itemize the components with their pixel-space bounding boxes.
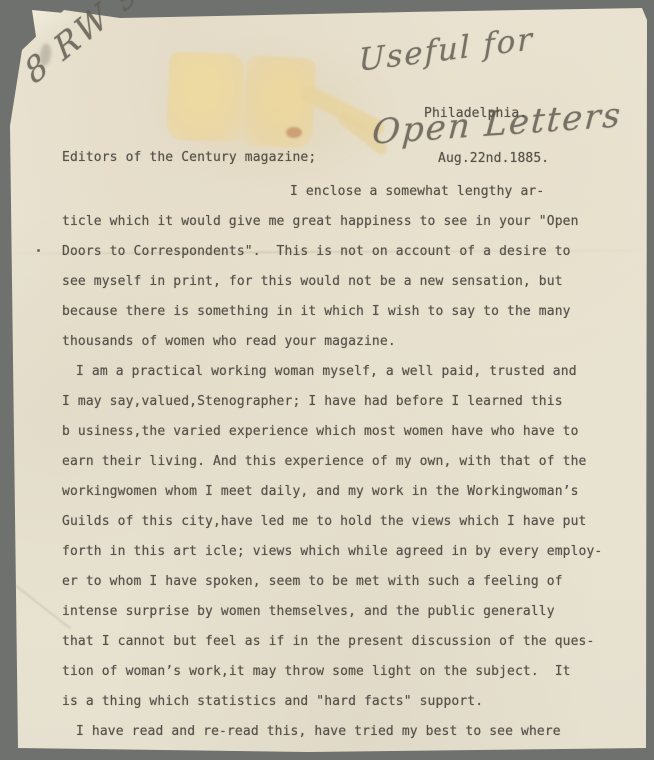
stray-period-mark	[37, 249, 40, 252]
letter-line: thousands of women who read your magazin…	[62, 327, 634, 357]
scanned-letter-page: 8 RW 9644 Useful for Open Letters Philad…	[0, 0, 654, 760]
stain-spot	[286, 127, 302, 138]
letter-line: that I cannot but feel as if in the pres…	[62, 627, 634, 657]
letter-line: earn their living. And this experience o…	[62, 447, 634, 477]
letter-line: Doors to Correspondents". This is not on…	[62, 237, 634, 267]
letter-body: I enclose a somewhat lengthy ar-ticle wh…	[62, 177, 634, 747]
letter-line: er to whom I have spoken, seem to be met…	[62, 567, 634, 597]
letter-line: I enclose a somewhat lengthy ar-	[62, 177, 634, 207]
letter-line: is a thing which statistics and "hard fa…	[62, 687, 634, 717]
letter-line: see myself in print, for this would not …	[62, 267, 634, 297]
salutation: Editors of the Century magazine;	[62, 150, 316, 166]
adhesive-stain-right	[242, 55, 317, 149]
letter-line: because there is something in it which I…	[62, 297, 634, 327]
letter-line: I am a practical working woman myself, a…	[62, 357, 634, 387]
letter-line: I have read and re-read this, have tried…	[62, 717, 634, 747]
letter-line: forth in this art icle; views which whil…	[62, 537, 634, 567]
letter-line: ticle which it would give me great happi…	[62, 207, 634, 237]
date-line: Aug.22nd.1885.	[424, 151, 549, 166]
letter-line: Guilds of this city,have led me to hold …	[62, 507, 634, 537]
letter-line: tion of woman’s work,it may throw some l…	[62, 657, 634, 687]
letter-line: intense surprise by women themselves, an…	[62, 597, 634, 627]
letter-line: workingwomen whom I meet daily, and my w…	[62, 477, 634, 507]
letter-line: I may say,valued,Stenographer; I have ha…	[62, 387, 634, 417]
adhesive-stain-left	[166, 52, 244, 143]
place-line: Philadelphia.	[424, 106, 549, 121]
letter-line: b usiness,the varied experience which mo…	[62, 417, 634, 447]
